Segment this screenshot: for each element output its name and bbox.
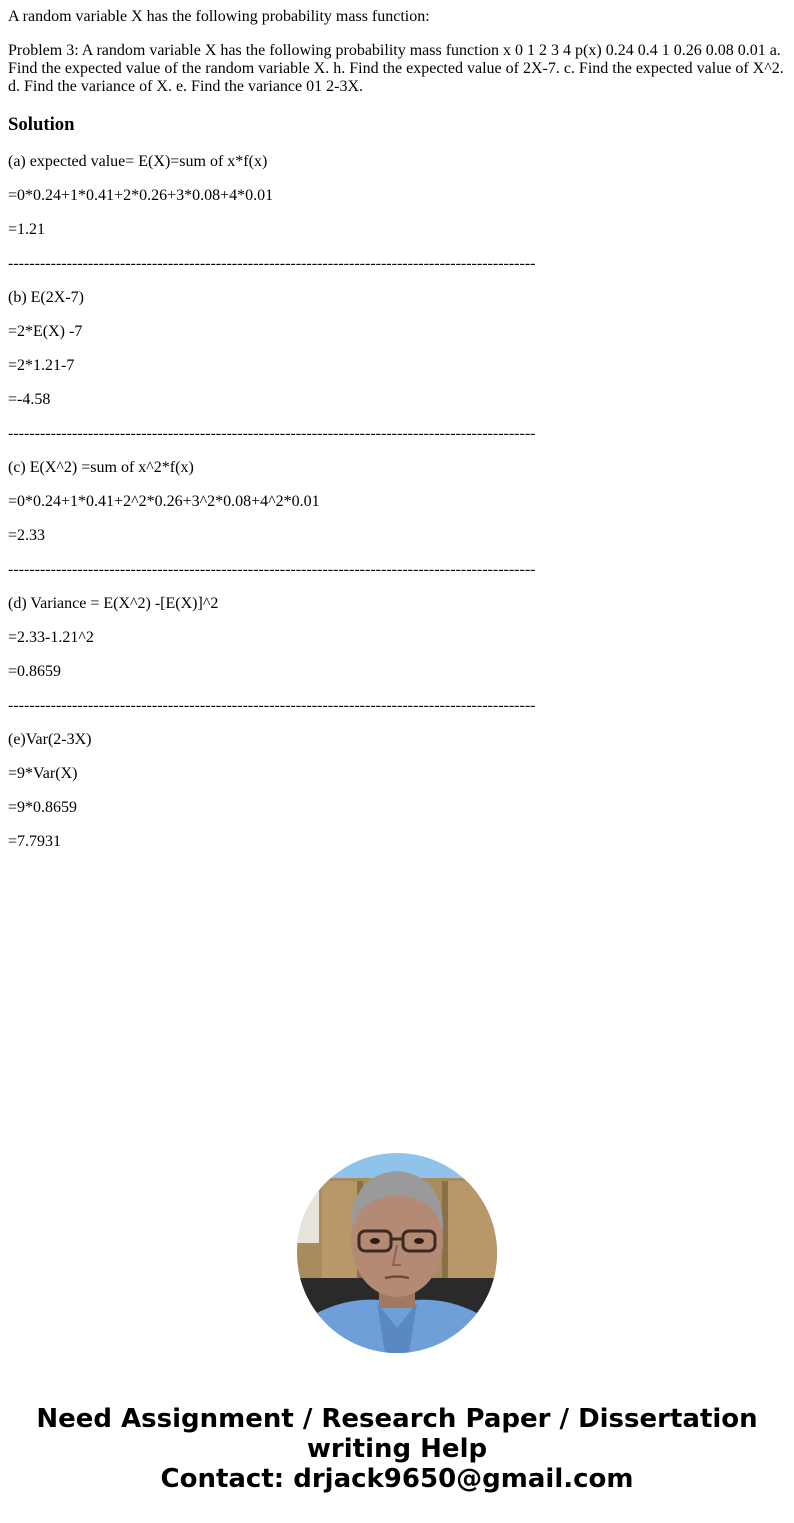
solution-part-a: (a) expected value= E(X)=sum of x*f(x) =… xyxy=(8,153,786,239)
promo-line-2: writing Help xyxy=(0,1434,794,1464)
solution-line: =2*1.21-7 xyxy=(8,357,786,375)
separator-line: ----------------------------------------… xyxy=(8,255,786,273)
person-portrait-icon xyxy=(297,1153,497,1353)
solution-line: (e)Var(2-3X) xyxy=(8,731,786,749)
solution-line: (c) E(X^2) =sum of x^2*f(x) xyxy=(8,459,786,477)
solution-line: =0*0.24+1*0.41+2^2*0.26+3^2*0.08+4^2*0.0… xyxy=(8,493,786,511)
question-title: A random variable X has the following pr… xyxy=(8,8,786,26)
solution-line: =2*E(X) -7 xyxy=(8,323,786,341)
solution-line: =9*Var(X) xyxy=(8,765,786,783)
problem-statement: Problem 3: A random variable X has the f… xyxy=(8,42,786,96)
solution-part-d: (d) Variance = E(X^2) -[E(X)]^2 =2.33-1.… xyxy=(8,595,786,681)
solution-line: =1.21 xyxy=(8,221,786,239)
separator-line: ----------------------------------------… xyxy=(8,697,786,715)
promo-contact: Contact: drjack9650@gmail.com xyxy=(0,1464,794,1494)
solution-line: (d) Variance = E(X^2) -[E(X)]^2 xyxy=(8,595,786,613)
document-body: A random variable X has the following pr… xyxy=(0,0,794,851)
solution-line: =2.33-1.21^2 xyxy=(8,629,786,647)
solution-line: (a) expected value= E(X)=sum of x*f(x) xyxy=(8,153,786,171)
separator-line: ----------------------------------------… xyxy=(8,561,786,579)
solution-line: =0.8659 xyxy=(8,663,786,681)
separator-line: ----------------------------------------… xyxy=(8,425,786,443)
solution-line: =2.33 xyxy=(8,527,786,545)
solution-part-c: (c) E(X^2) =sum of x^2*f(x) =0*0.24+1*0.… xyxy=(8,459,786,545)
solution-heading: Solution xyxy=(8,114,786,135)
solution-line: =7.7931 xyxy=(8,833,786,851)
solution-line: (b) E(2X-7) xyxy=(8,289,786,307)
solution-line: =9*0.8659 xyxy=(8,799,786,817)
promo-banner: Need Assignment / Research Paper / Disse… xyxy=(0,1404,794,1494)
solution-part-b: (b) E(2X-7) =2*E(X) -7 =2*1.21-7 =-4.58 xyxy=(8,289,786,409)
solution-line: =-4.58 xyxy=(8,391,786,409)
promo-line-1: Need Assignment / Research Paper / Disse… xyxy=(0,1404,794,1434)
author-avatar xyxy=(297,1153,497,1353)
solution-line: =0*0.24+1*0.41+2*0.26+3*0.08+4*0.01 xyxy=(8,187,786,205)
solution-part-e: (e)Var(2-3X) =9*Var(X) =9*0.8659 =7.7931 xyxy=(8,731,786,851)
